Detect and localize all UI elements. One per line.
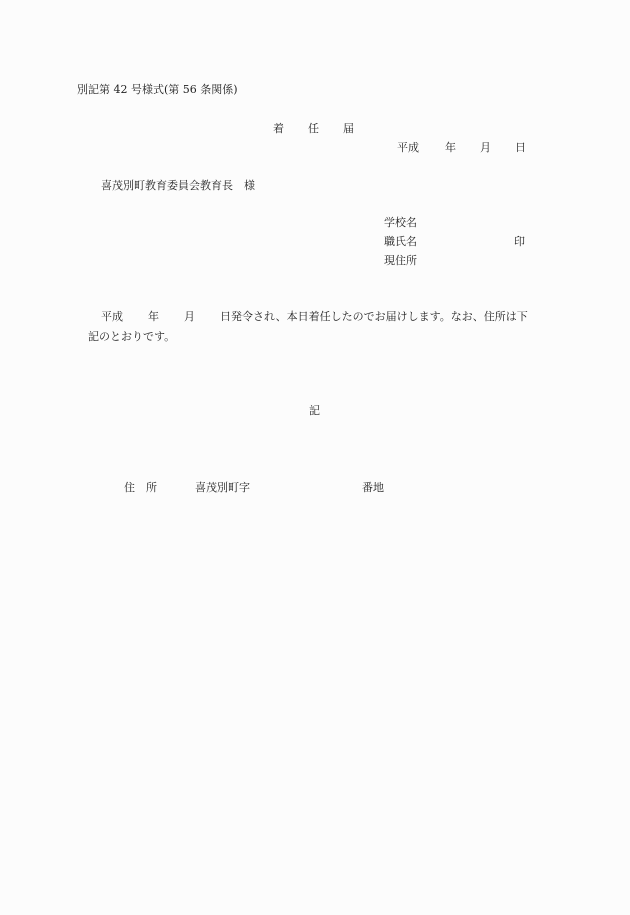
date-month-label: 月: [480, 141, 491, 155]
addressee: 喜茂別町教育委員会教育長 様: [101, 179, 255, 193]
body-era: 平成: [101, 310, 123, 324]
body-year-label: 年: [148, 310, 159, 324]
form-reference: 別記第 42 号様式(第 56 条関係): [77, 83, 238, 97]
school-name-label: 学校名: [384, 216, 417, 230]
date-era: 平成: [397, 141, 419, 155]
title-char-1: 着: [273, 122, 284, 136]
address-label: 住 所: [124, 481, 157, 495]
current-address-label: 現住所: [384, 254, 417, 268]
date-year-label: 年: [445, 141, 456, 155]
body-line1-text: 日発令され、本日着任したのでお届けします。なお、住所は下: [220, 310, 528, 324]
position-name-label: 職氏名: [384, 235, 417, 249]
date-day-label: 日: [515, 141, 526, 155]
seal-label: 印: [514, 235, 525, 249]
body-month-label: 月: [184, 310, 195, 324]
address-town: 喜茂別町字: [195, 481, 250, 495]
body-line2-text: 記のとおりです。: [88, 330, 175, 344]
title-char-3: 届: [343, 122, 354, 136]
title-char-2: 任: [308, 122, 319, 136]
address-lot-label: 番地: [362, 481, 384, 495]
note-heading: 記: [309, 404, 320, 418]
